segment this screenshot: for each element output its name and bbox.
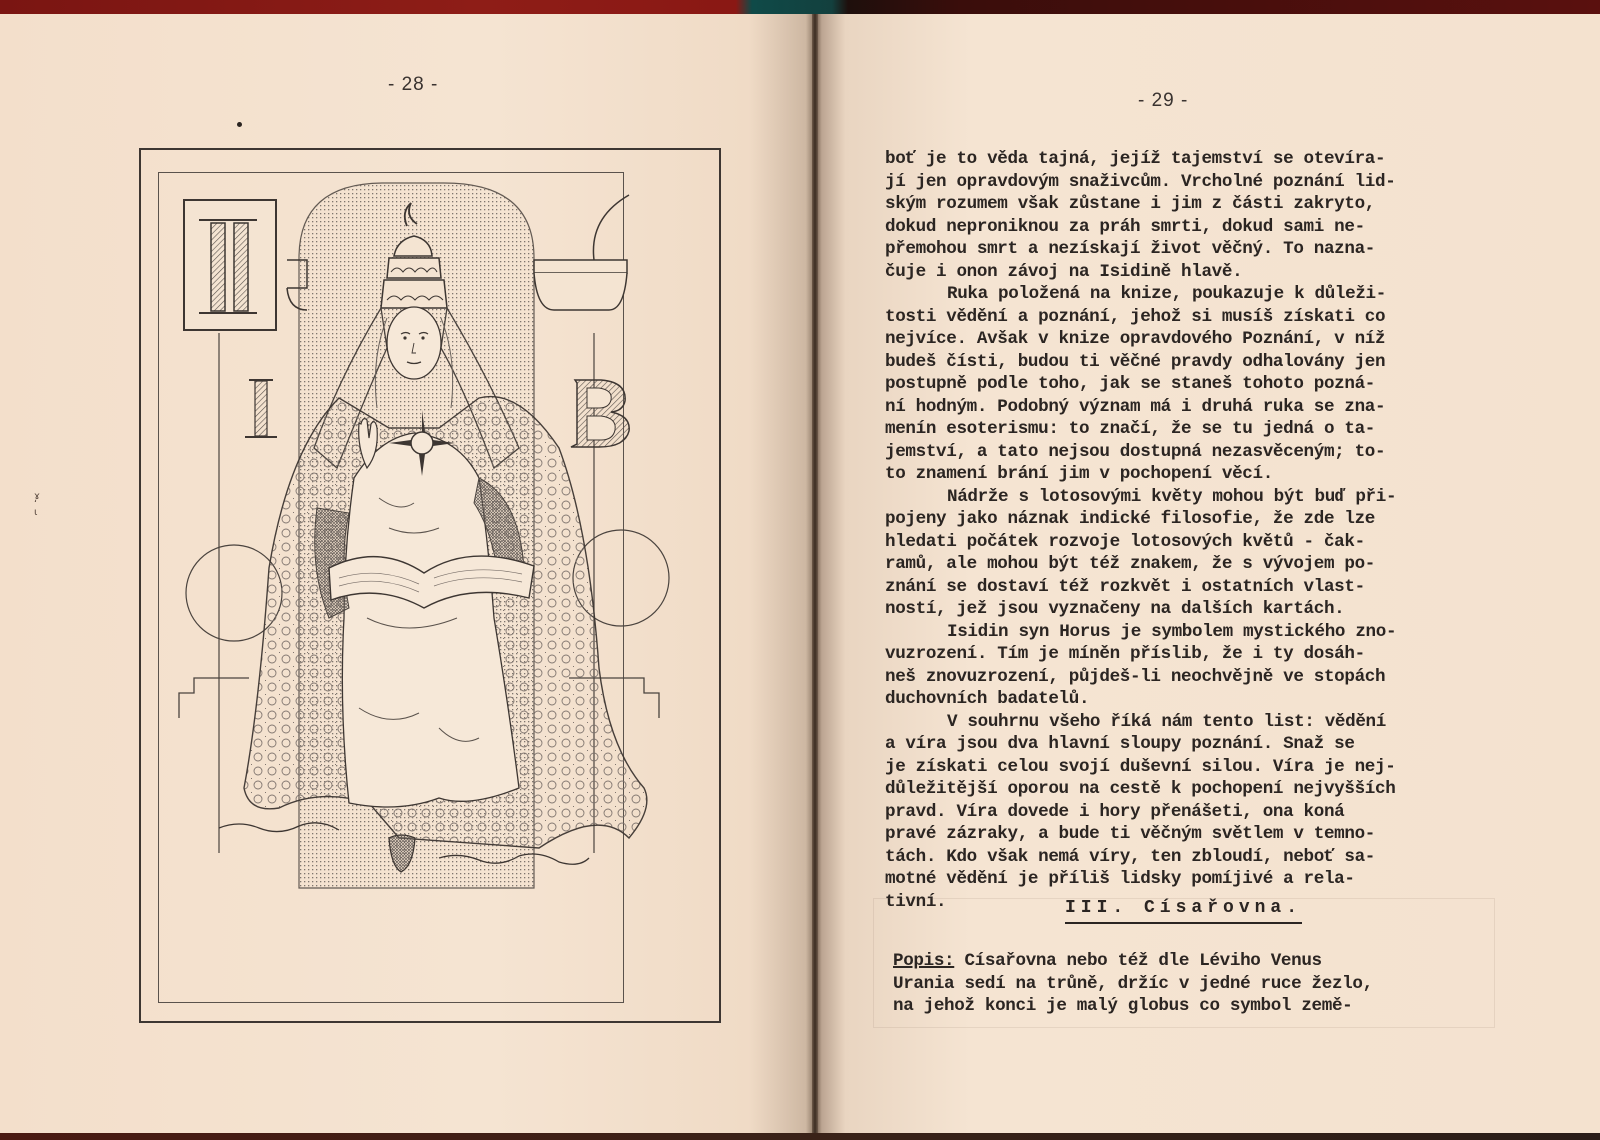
- text-line: čuje i onon závoj na Isidině hlavě.: [885, 261, 1505, 284]
- card-numeral-box: [184, 200, 276, 330]
- text-line: menín esoterismu: to značí, že se tu jed…: [885, 418, 1505, 441]
- text-line: jí jen opravdovým snaživcům. Vrcholné po…: [885, 171, 1505, 194]
- text-line: ským rozumem však zůstane i jim z části …: [885, 193, 1505, 216]
- popis-paragraph: Popis: Císařovna nebo též dle Léviho Ven…: [893, 950, 1513, 1018]
- text-line: tosti vědění a poznání, jehož si musíš z…: [885, 306, 1505, 329]
- book-cover-bottom-edge: [0, 1133, 1600, 1140]
- lotus-basin-right: [534, 195, 629, 310]
- body-text: boť je to věda tajná, jejíž tajemství se…: [885, 148, 1505, 913]
- text-line: je získati celou svojí duševní silou. Ví…: [885, 756, 1505, 779]
- text-line: a víra jsou dva hlavní sloupy poznání. S…: [885, 733, 1505, 756]
- text-line: Isidin syn Horus je symbolem mystického …: [885, 621, 1505, 644]
- text-line: dokud neproniknou za práh smrti, dokud s…: [885, 216, 1505, 239]
- text-line: tách. Kdo však nemá víry, ten zbloudí, n…: [885, 846, 1505, 869]
- text-line: neš znovuzrození, půjdeš-li neochvějně v…: [885, 666, 1505, 689]
- popis-text: Císařovna nebo též dle Léviho Venus: [954, 951, 1322, 971]
- text-line: znání se dostaví též rozkvět i ostatních…: [885, 576, 1505, 599]
- page-number-right: - 29 -: [1138, 90, 1188, 112]
- text-line: důležitější oporou na cestě k pochopení …: [885, 778, 1505, 801]
- text-line: to znamení brání jim v pochopení věcí.: [885, 463, 1505, 486]
- text-line: nejvíce. Avšak v knize opravdového Pozná…: [885, 328, 1505, 351]
- popis-label: Popis:: [893, 951, 954, 971]
- text-line: pravé zázraky, a bude ti věčným světlem …: [885, 823, 1505, 846]
- pillar-letter-B: [571, 380, 629, 447]
- text-line: ností, jež jsou vyznačeny na dalších kar…: [885, 598, 1505, 621]
- text-line: boť je to věda tajná, jejíž tajemství se…: [885, 148, 1505, 171]
- book-gutter: [812, 14, 818, 1134]
- text-line: na jehož konci je malý globus co symbol …: [893, 995, 1513, 1018]
- margin-pencil-marks: ɤʻɩ: [34, 493, 40, 517]
- face: [387, 307, 441, 379]
- text-line: budeš čísti, budou ti věčné pravdy odhal…: [885, 351, 1505, 374]
- text-line: motné vědění je příliš lidsky pomíjivé a…: [885, 868, 1505, 891]
- text-line: vuzrození. Tím je míněn příslib, že i ty…: [885, 643, 1505, 666]
- tarot-card-illustration: [139, 148, 721, 1023]
- text-line: pojeny jako náznak indické filosofie, že…: [885, 508, 1505, 531]
- text-line: pravd. Víra dovede i hory přenášeti, ona…: [885, 801, 1505, 824]
- text-line: Urania sedí na trůně, držíc v jedné ruce…: [893, 973, 1513, 996]
- ink-dot: [237, 122, 242, 127]
- text-line: Popis: Císařovna nebo též dle Léviho Ven…: [893, 950, 1513, 973]
- text-line: ramů, ale mohou být též znakem, že s výv…: [885, 553, 1505, 576]
- throne-step-left: [179, 678, 249, 718]
- page-number-left: - 28 -: [388, 74, 438, 96]
- text-line: jemství, a tato nejsou dostupná nezasvěc…: [885, 441, 1505, 464]
- pillar-letter-I: [245, 380, 277, 437]
- text-line: postupně podle toho, jak se staneš tohot…: [885, 373, 1505, 396]
- text-line: V souhrnu všeho říká nám tento list: věd…: [885, 711, 1505, 734]
- text-line: přemohou smrt a nezískají život věčný. T…: [885, 238, 1505, 261]
- text-line: Nádrže s lotosovými květy mohou být buď …: [885, 486, 1505, 509]
- section-heading: III. Císařovna.: [1065, 898, 1302, 924]
- text-line: hledati počátek rozvoje lotosových květů…: [885, 531, 1505, 554]
- text-line: ní hodným. Podobný význam má i druhá ruk…: [885, 396, 1505, 419]
- text-line: duchovních badatelů.: [885, 688, 1505, 711]
- text-line: Ruka položená na knize, poukazuje k důle…: [885, 283, 1505, 306]
